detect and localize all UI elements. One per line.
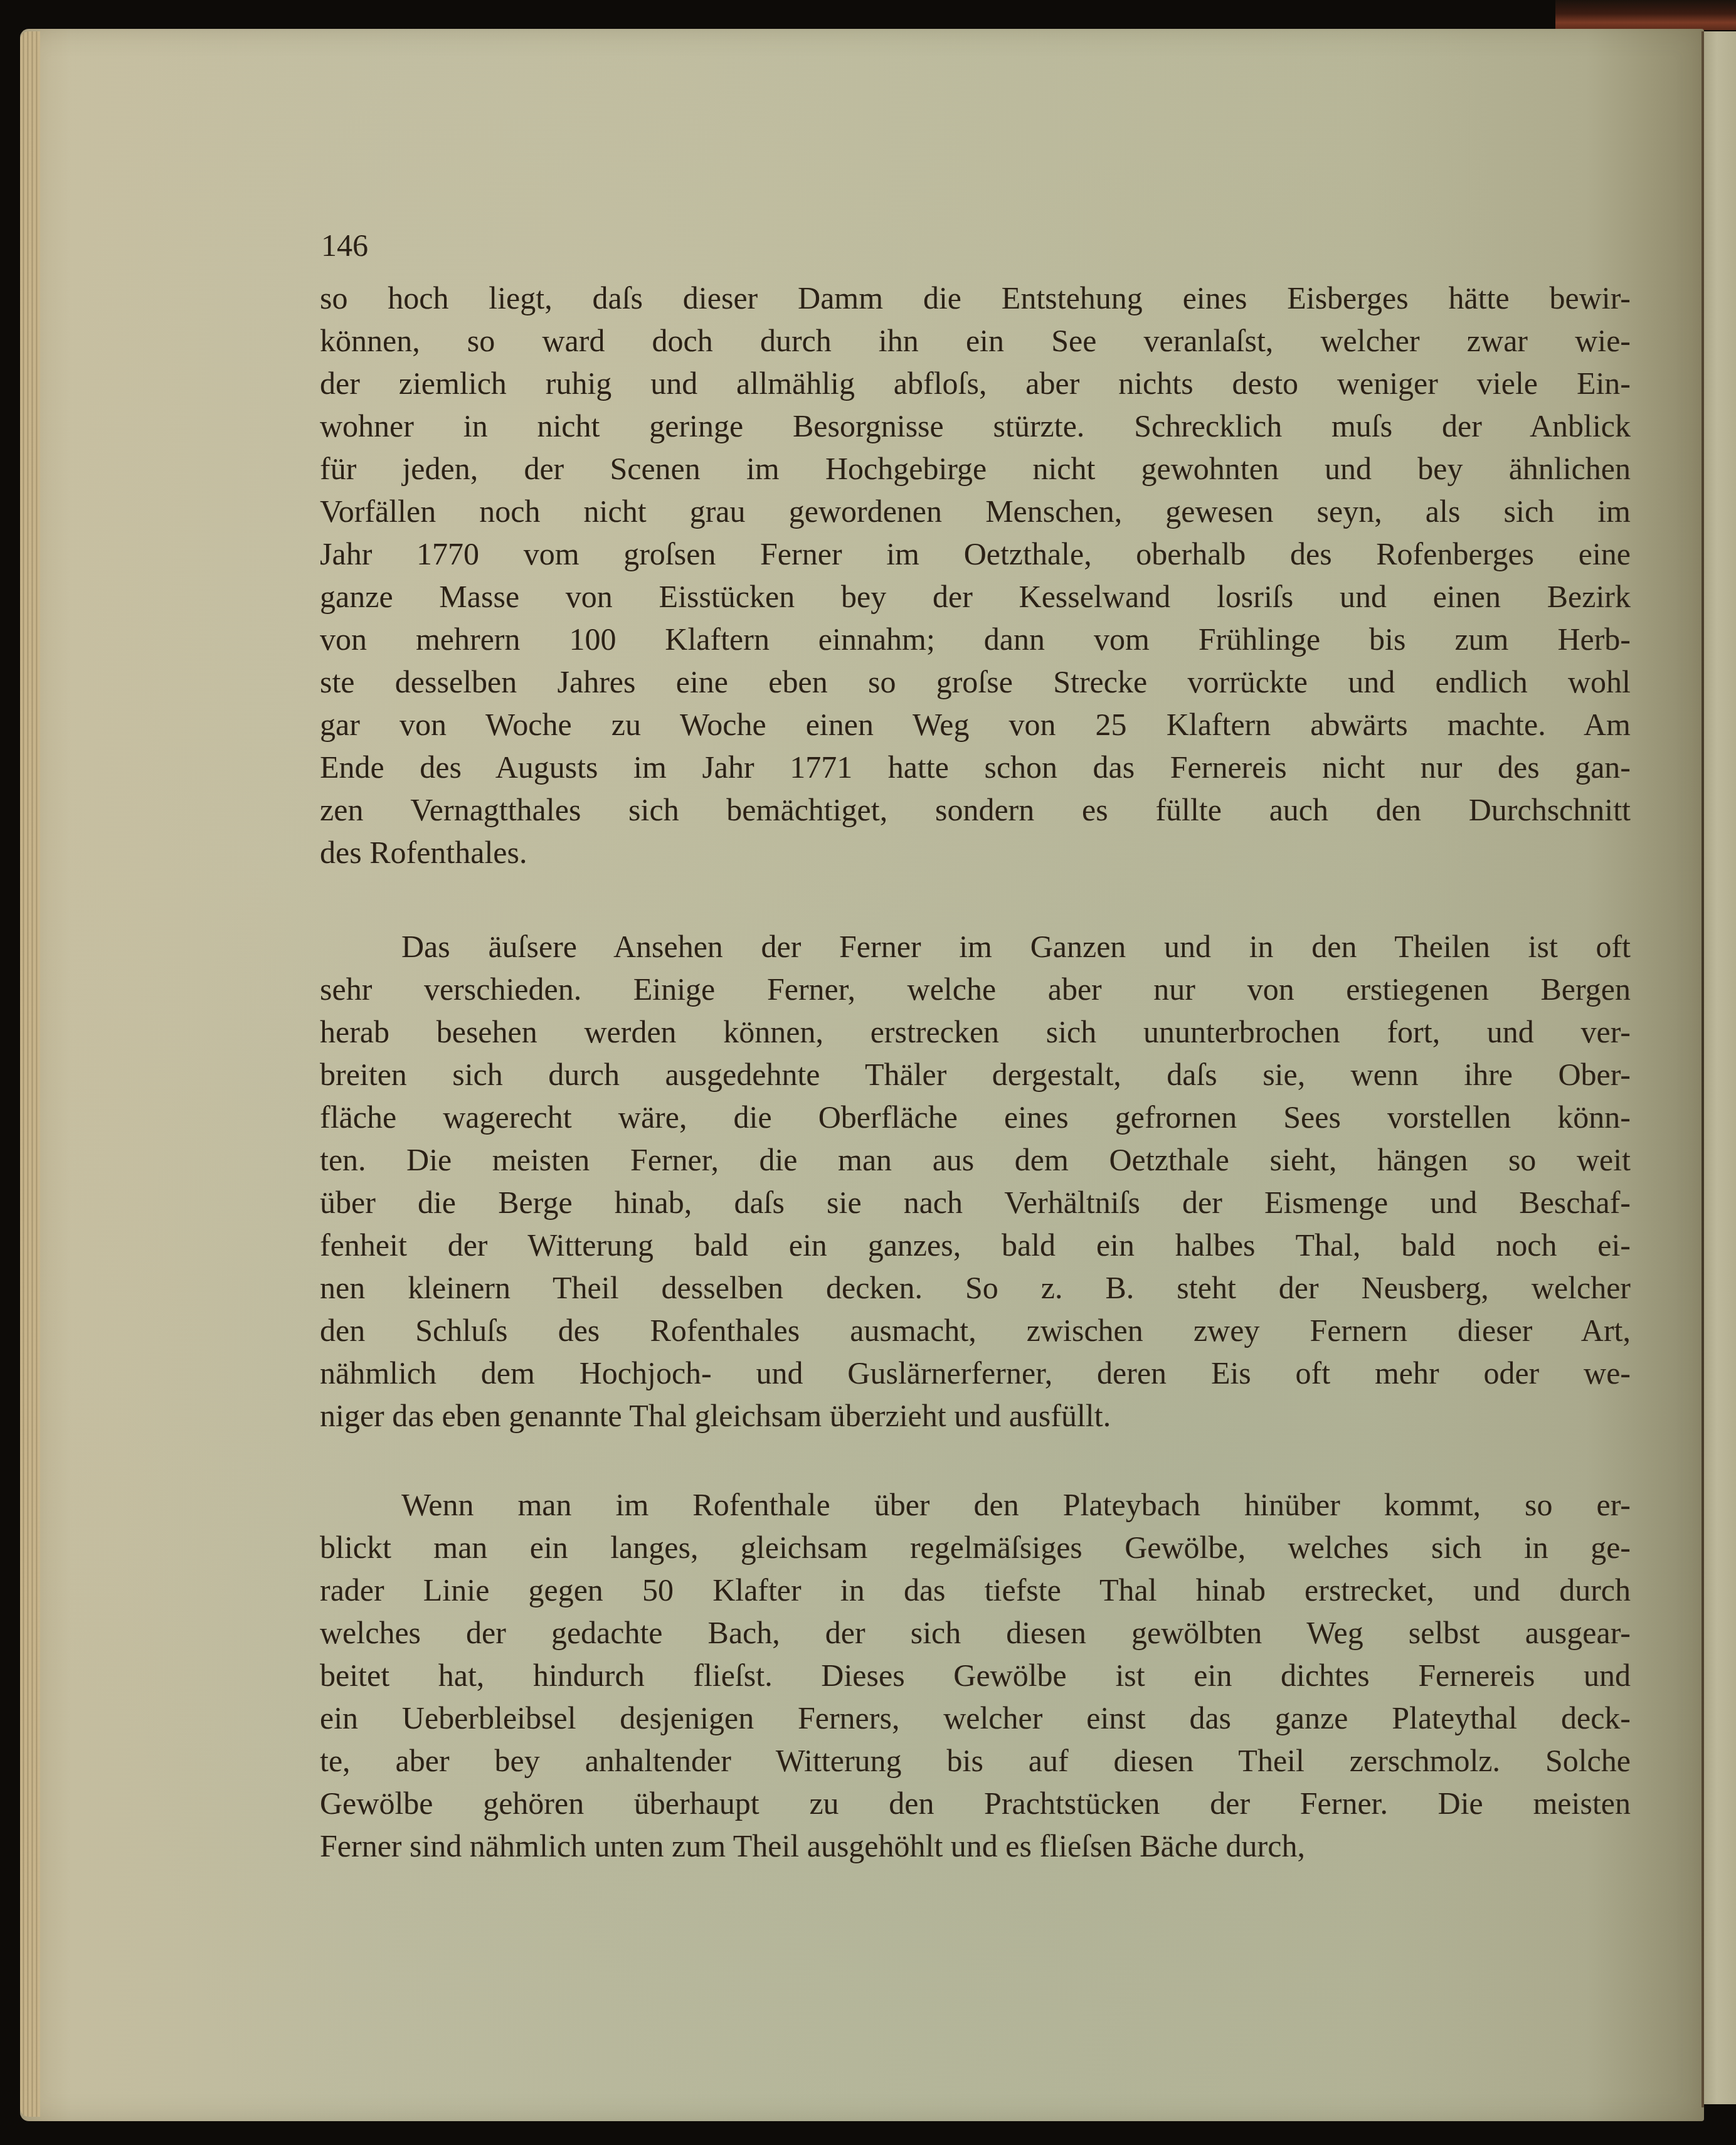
text-line: Ende des Augusts im Jahr 1771 hatte scho… [320,746,1631,788]
text-line: breiten sich durch ausgedehnte Thäler de… [320,1053,1631,1096]
text-line: fenheit der Witterung bald ein ganzes, b… [320,1224,1631,1266]
text-line: der ziemlich ruhig und allmählig abfloſs… [320,362,1631,405]
page-stack-edge [20,31,40,2117]
paragraph-3: Wenn man im Rofenthale über den Plateyba… [320,1483,1631,1867]
text-line: Wenn man im Rofenthale über den Plateyba… [320,1483,1631,1526]
text-line: wohner in nicht geringe Besorgnisse stür… [320,405,1631,447]
text-line: ein Ueberbleibsel desjenigen Ferners, we… [320,1697,1631,1739]
text-line: gar von Woche zu Woche einen Weg von 25 … [320,703,1631,746]
text-line: können, so ward doch durch ihn ein See v… [320,319,1631,362]
text-line: Das äuſsere Ansehen der Ferner im Ganzen… [320,925,1631,968]
text-line: ganze Masse von Eisstücken bey der Kesse… [320,575,1631,618]
text-line: des Rofenthales. [320,831,1631,874]
text-line: ste desselben Jahres eine eben so groſse… [320,660,1631,703]
text-line: nen kleinern Theil desselben decken. So … [320,1266,1631,1309]
text-line: den Schluſs des Rofenthales ausmacht, zw… [320,1309,1631,1352]
text-line: über die Berge hinab, daſs sie nach Verh… [320,1181,1631,1224]
book-binding-edge [1555,0,1736,30]
text-line: nähmlich dem Hochjoch- und Guslärnerfern… [320,1352,1631,1394]
text-line: Vorfällen noch nicht grau gewordenen Men… [320,490,1631,532]
text-line: rader Linie gegen 50 Klafter in das tief… [320,1569,1631,1611]
text-line: blickt man ein langes, gleichsam regelmä… [320,1526,1631,1569]
text-line: für jeden, der Scenen im Hochgebirge nic… [320,447,1631,490]
text-line: niger das eben genannte Thal gleichsam ü… [320,1394,1631,1437]
text-line: so hoch liegt, daſs dieser Damm die Ents… [320,277,1631,319]
text-line: te, aber bey anhaltender Witterung bis a… [320,1739,1631,1782]
text-line: beitet hat, hindurch flieſst. Dieses Gew… [320,1654,1631,1697]
paragraph-1: so hoch liegt, daſs dieser Damm die Ents… [320,277,1631,874]
text-line: herab besehen werden können, erstrecken … [320,1010,1631,1053]
text-line: Gewölbe gehören überhaupt zu den Prachts… [320,1782,1631,1825]
text-line: Ferner sind nähmlich unten zum Theil aus… [320,1825,1631,1867]
text-line: von mehrern 100 Klaftern einnahm; dann v… [320,618,1631,660]
text-line: fläche wagerecht wäre, die Oberfläche ei… [320,1096,1631,1138]
text-line: ten. Die meisten Ferner, die man aus dem… [320,1138,1631,1181]
adjacent-page-edge [1704,31,1736,2104]
page-number: 146 [321,227,368,263]
text-line: welches der gedachte Bach, der sich dies… [320,1611,1631,1654]
text-line: sehr verschieden. Einige Ferner, welche … [320,968,1631,1010]
text-line: zen Vernagtthales sich bemächtiget, sond… [320,788,1631,831]
text-line: Jahr 1770 vom groſsen Ferner im Oetzthal… [320,532,1631,575]
paragraph-2: Das äuſsere Ansehen der Ferner im Ganzen… [320,925,1631,1437]
